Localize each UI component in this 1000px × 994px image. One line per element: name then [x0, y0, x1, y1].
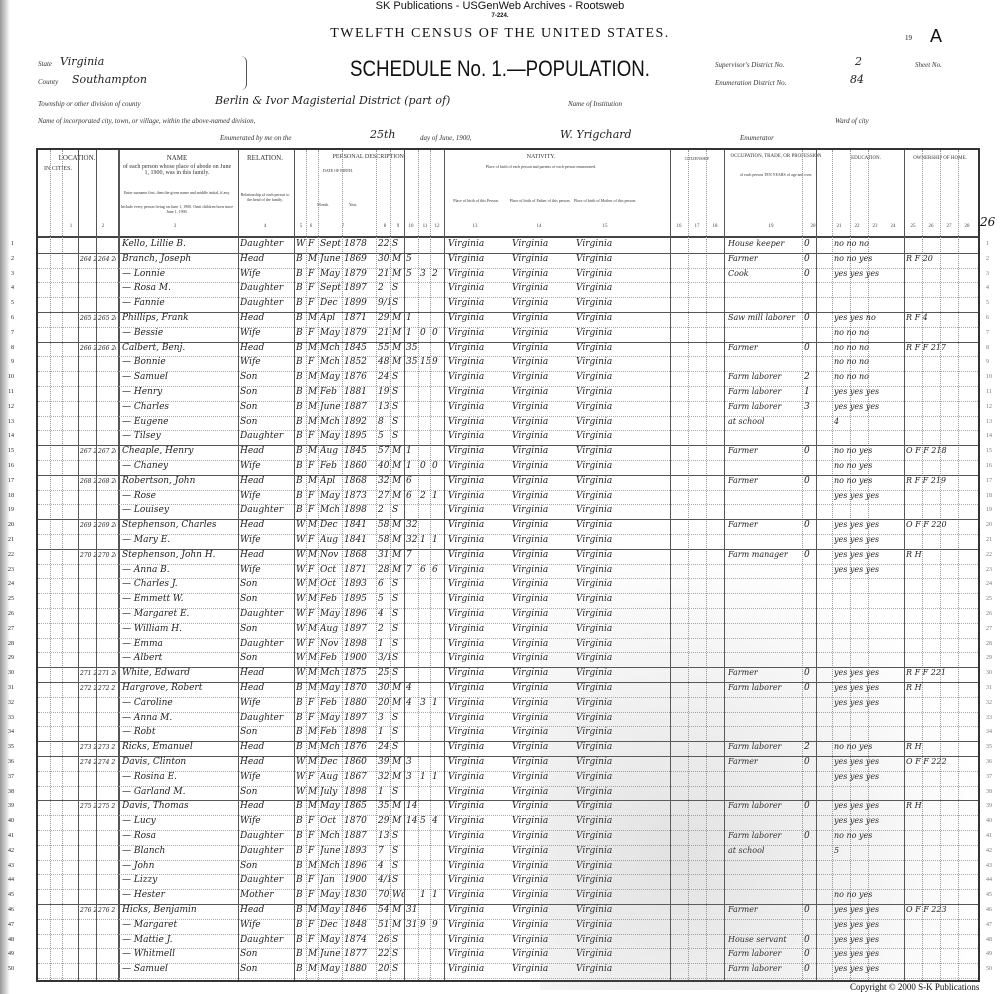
line-number: 40 — [4, 818, 14, 824]
line-number-right: 19 — [986, 507, 1000, 513]
mother-of-children: 6 — [420, 565, 430, 575]
person-name: — Tilsey — [122, 431, 238, 441]
birthplace-father: Virginia — [512, 920, 572, 930]
birth-year: 1892 — [344, 417, 376, 427]
years-married: 1 — [406, 446, 418, 456]
nativity-father-header: Place of birth of Father of this person. — [508, 198, 572, 203]
line-number: 37 — [4, 774, 14, 780]
birthplace-mother: Virginia — [576, 535, 636, 545]
person-name: — Henry — [122, 387, 238, 397]
birthplace-mother: Virginia — [576, 831, 636, 841]
nativity-mother-header: Place of birth of Mother of this person. — [572, 198, 638, 203]
person-name: — Garland M. — [122, 787, 238, 797]
table-row: 3434— RobtSonBMFeb18981SVirginiaVirginia… — [38, 726, 978, 742]
line-number-right: 42 — [986, 848, 1000, 854]
table-row: 1111— HenrySonBMFeb188119SVirginiaVirgin… — [38, 386, 978, 402]
line-number: 25 — [4, 596, 14, 602]
color-race: W — [296, 535, 306, 545]
birth-month: Oct — [320, 579, 342, 589]
person-name: — Charles J. — [122, 579, 238, 589]
birthplace-mother: Virginia — [576, 328, 636, 338]
table-row: 4545— HesterMotherBFMay183070Wd11Virgini… — [38, 889, 978, 905]
marital-status: S — [392, 505, 404, 515]
relation: Head — [240, 446, 294, 456]
birthplace-person: Virginia — [448, 846, 508, 856]
education: no no yes — [834, 831, 902, 840]
sex: F — [308, 491, 318, 501]
marital-status: S — [392, 639, 404, 649]
person-name: — Mattie J. — [122, 935, 238, 945]
line-number-right: 26 — [986, 611, 1000, 617]
birth-year: 1895 — [344, 431, 376, 441]
years-married: 32 — [406, 520, 418, 530]
name-note-2: Include every person living on June 1, 1… — [120, 204, 234, 214]
color-race: B — [296, 417, 306, 427]
marital-status: M — [392, 446, 404, 456]
marital-status: S — [392, 935, 404, 945]
mother-of-children: 1 — [420, 535, 430, 545]
sex: F — [308, 935, 318, 945]
dwelling-number: 268 266 — [80, 478, 96, 485]
birth-month: May — [320, 964, 342, 974]
family-number: 272 270 — [98, 685, 116, 692]
line-number-right: 2 — [986, 256, 1000, 262]
children-living: 9 — [432, 357, 444, 367]
birthplace-mother: Virginia — [576, 727, 636, 737]
date-of-birth-header: DATE OF BIRTH. — [308, 168, 368, 173]
birthplace-person: Virginia — [448, 727, 508, 737]
age: 2 — [378, 624, 390, 634]
birthplace-person: Virginia — [448, 491, 508, 501]
birthplace-father: Virginia — [512, 742, 572, 752]
person-name: Kello, Lillie B. — [122, 239, 238, 249]
line-number-right: 23 — [986, 567, 1000, 573]
birthplace-person: Virginia — [448, 387, 508, 397]
person-name: — Fannie — [122, 298, 238, 308]
sex: F — [308, 920, 318, 930]
line-number: 38 — [4, 789, 14, 795]
line-number: 30 — [4, 670, 14, 676]
line-number-right: 8 — [986, 345, 1000, 351]
marital-status: M — [392, 920, 404, 930]
color-race: B — [296, 698, 306, 708]
marital-status: M — [392, 476, 404, 486]
color-race: B — [296, 283, 306, 293]
line-number: 36 — [4, 759, 14, 765]
birth-month: Mch — [320, 505, 342, 515]
line-number: 7 — [4, 330, 14, 336]
color-race: W — [296, 609, 306, 619]
birth-year: 1880 — [344, 698, 376, 708]
birth-year: 1893 — [344, 846, 376, 856]
birthplace-mother: Virginia — [576, 313, 636, 323]
person-name: Stephenson, Charles — [122, 520, 238, 530]
relation-header: RELATION. — [238, 154, 292, 162]
marital-status: S — [392, 239, 404, 249]
table-row: 4444— LizzyDaughterBFJan19004/12SVirgini… — [38, 874, 978, 890]
line-number: 6 — [4, 315, 14, 321]
education: no no no — [834, 372, 902, 381]
birthplace-father: Virginia — [512, 653, 572, 663]
line-number-right: 47 — [986, 922, 1000, 928]
ed-value: 84 — [850, 73, 864, 86]
sex: F — [308, 846, 318, 856]
state-value: Virginia — [60, 55, 104, 68]
marital-status: M — [392, 313, 404, 323]
marital-status: S — [392, 787, 404, 797]
birthplace-father: Virginia — [512, 402, 572, 412]
line-number: 45 — [4, 892, 14, 898]
birth-month: May — [320, 491, 342, 501]
header-brace — [240, 56, 247, 90]
person-name: — Lizzy — [122, 875, 238, 885]
enumerated-day: 25th — [370, 128, 396, 141]
sheet-label: Sheet No. — [915, 61, 942, 69]
relation: Son — [240, 787, 294, 797]
home-ownership: R F 4 — [906, 313, 978, 322]
birth-month: May — [320, 683, 342, 693]
birthplace-person: Virginia — [448, 639, 508, 649]
birthplace-mother: Virginia — [576, 683, 636, 693]
mother-of-children: 5 — [420, 816, 430, 826]
color-race: B — [296, 801, 306, 811]
birth-month: July — [320, 787, 342, 797]
birth-year: 1893 — [344, 579, 376, 589]
col-num-28: 28 — [962, 224, 972, 229]
birthplace-father: Virginia — [512, 964, 572, 974]
relation: Mother — [240, 890, 294, 900]
color-race: W — [296, 639, 306, 649]
relation: Son — [240, 594, 294, 604]
marital-status: M — [392, 535, 404, 545]
marital-status: S — [392, 387, 404, 397]
months-unemployed: 0 — [804, 550, 816, 560]
line-number: 47 — [4, 922, 14, 928]
birth-month: May — [320, 890, 342, 900]
table-row: 4343— JohnSonBMMch18964SVirginiaVirginia… — [38, 860, 978, 876]
age: 22 — [378, 239, 390, 249]
birthplace-mother: Virginia — [576, 698, 636, 708]
person-name: — Samuel — [122, 372, 238, 382]
birthplace-mother: Virginia — [576, 875, 636, 885]
person-name: — Emma — [122, 639, 238, 649]
birth-year: 1845 — [344, 343, 376, 353]
line-number-right: 20 — [986, 522, 1000, 528]
occupation: at school — [728, 417, 802, 426]
relation: Head — [240, 550, 294, 560]
copyright: Copyright © 2000 S-K Publications — [850, 982, 979, 992]
color-race: W — [296, 579, 306, 589]
birthplace-father: Virginia — [512, 698, 572, 708]
sex: M — [308, 343, 318, 353]
table-row: 33— LonnieWifeBFMay187921M532VirginiaVir… — [38, 268, 978, 284]
color-race: B — [296, 298, 306, 308]
marital-status: S — [392, 402, 404, 412]
color-race: W — [296, 520, 306, 530]
name-note-1: Enter surname first, then the given name… — [120, 190, 234, 195]
occupation: Farm laborer — [728, 949, 802, 958]
months-unemployed: 2 — [804, 372, 816, 382]
line-number-right: 43 — [986, 863, 1000, 869]
sex: M — [308, 402, 318, 412]
birthplace-father: Virginia — [512, 831, 572, 841]
birth-year: 1887 — [344, 831, 376, 841]
family-number: 271 269 — [98, 670, 116, 677]
line-number: 2 — [4, 256, 14, 262]
table-row: 4747— MargaretWifeBFDec184851M3199Virgin… — [38, 919, 978, 935]
children-living: 1 — [432, 535, 444, 545]
age: 48 — [378, 357, 390, 367]
table-row: 11Kello, Lillie B.DaughterWFSept187822SV… — [38, 238, 978, 254]
person-name: Calbert, Benj. — [122, 343, 238, 353]
occupation: Farmer — [728, 476, 802, 485]
ward-label: Ward of city — [835, 117, 869, 125]
table-row: 55— FannieDaughterBFDec18999/12SVirginia… — [38, 297, 978, 313]
education: yes yes yes — [834, 801, 902, 810]
line-number-right: 21 — [986, 537, 1000, 543]
relation: Son — [240, 579, 294, 589]
birthplace-father: Virginia — [512, 949, 572, 959]
birthplace-father: Virginia — [512, 609, 572, 619]
marital-status: M — [392, 683, 404, 693]
birth-month: May — [320, 905, 342, 915]
age: 13 — [378, 402, 390, 412]
birth-month: Aug — [320, 535, 342, 545]
color-race: B — [296, 683, 306, 693]
age: 9/12 — [378, 298, 390, 308]
relation: Son — [240, 402, 294, 412]
table-row: 1010— SamuelSonBMMay187624SVirginiaVirgi… — [38, 371, 978, 387]
home-ownership: O F F 218 — [906, 446, 978, 455]
birthplace-person: Virginia — [448, 772, 508, 782]
line-number: 26 — [4, 611, 14, 617]
person-name: — Bonnie — [122, 357, 238, 367]
line-number: 14 — [4, 433, 14, 439]
birth-year: 1898 — [344, 505, 376, 515]
family-number: 264 262 — [98, 256, 116, 263]
table-row: 4040— LucyWifeBFOct187029M1454VirginiaVi… — [38, 815, 978, 831]
sex: M — [308, 801, 318, 811]
person-name: — Anna B. — [122, 565, 238, 575]
mother-of-children: 2 — [420, 491, 430, 501]
education: yes yes yes — [834, 550, 902, 559]
relation: Wife — [240, 357, 294, 367]
birthplace-mother: Virginia — [576, 801, 636, 811]
years-married: 3 — [406, 772, 418, 782]
birth-month: Feb — [320, 653, 342, 663]
person-name: — Margaret E. — [122, 609, 238, 619]
col-num-1: 1 — [64, 224, 78, 229]
table-row: 3535273 271273 271Ricks, EmanuelHeadBMMc… — [38, 741, 978, 757]
birth-year: 1899 — [344, 298, 376, 308]
person-name: — Bessie — [122, 328, 238, 338]
line-number-right: 39 — [986, 803, 1000, 809]
birth-year: 1871 — [344, 565, 376, 575]
sex: F — [308, 269, 318, 279]
col-num-2: 2 — [96, 224, 110, 229]
years-married: 14 — [406, 816, 418, 826]
relation: Daughter — [240, 609, 294, 619]
age: 1 — [378, 639, 390, 649]
relation: Wife — [240, 920, 294, 930]
birthplace-mother: Virginia — [576, 343, 636, 353]
relation: Daughter — [240, 713, 294, 723]
birth-year: 1830 — [344, 890, 376, 900]
table-row: 1616— ChaneyWifeBFFeb186040M100VirginiaV… — [38, 460, 978, 476]
line-number-right: 16 — [986, 463, 1000, 469]
person-name: — Eugene — [122, 417, 238, 427]
person-name: — Samuel — [122, 964, 238, 974]
birthplace-mother: Virginia — [576, 668, 636, 678]
years-married: 6 — [406, 491, 418, 501]
sex: F — [308, 328, 318, 338]
years-married: 14 — [406, 801, 418, 811]
age: 32 — [378, 772, 390, 782]
line-number: 8 — [4, 345, 14, 351]
table-row: 77— BessieWifeBFMay187921M100VirginiaVir… — [38, 327, 978, 343]
birthplace-father: Virginia — [512, 431, 572, 441]
birthplace-mother: Virginia — [576, 742, 636, 752]
birthplace-father: Virginia — [512, 461, 572, 471]
education: yes yes yes — [834, 698, 902, 707]
color-race: B — [296, 920, 306, 930]
color-race: B — [296, 431, 306, 441]
age: 54 — [378, 905, 390, 915]
color-race: B — [296, 816, 306, 826]
birthplace-person: Virginia — [448, 313, 508, 323]
person-name: — Robt — [122, 727, 238, 737]
birth-year: 1895 — [344, 594, 376, 604]
birthplace-mother: Virginia — [576, 757, 636, 767]
name-description: of each person whose place of abode on J… — [120, 164, 234, 176]
marital-status: M — [392, 254, 404, 264]
line-number-right: 9 — [986, 359, 1000, 365]
birthplace-mother: Virginia — [576, 949, 636, 959]
months-unemployed: 0 — [804, 239, 816, 249]
education: 5 — [834, 846, 902, 855]
table-row: 88266 264266 264Calbert, Benj.HeadBMMch1… — [38, 342, 978, 358]
enumerated-suffix: day of June, 1900, — [420, 134, 472, 142]
line-number: 20 — [4, 522, 14, 528]
relation: Daughter — [240, 239, 294, 249]
township-value: Berlin & Ivor Magisterial District (part… — [215, 94, 450, 107]
children-living: 1 — [432, 491, 444, 501]
birthplace-mother: Virginia — [576, 550, 636, 560]
age: 58 — [378, 520, 390, 530]
education: no no yes — [834, 461, 902, 470]
birthplace-mother: Virginia — [576, 772, 636, 782]
children-living: 1 — [432, 698, 444, 708]
marital-status: S — [392, 964, 404, 974]
birthplace-person: Virginia — [448, 505, 508, 515]
birthplace-person: Virginia — [448, 239, 508, 249]
line-number: 44 — [4, 877, 14, 883]
marital-status: S — [392, 668, 404, 678]
line-number: 46 — [4, 907, 14, 913]
person-name: — Charles — [122, 402, 238, 412]
dwelling-number: 273 271 — [80, 744, 96, 751]
years-married: 7 — [406, 565, 418, 575]
person-name: — Blanch — [122, 846, 238, 856]
sex: M — [308, 668, 318, 678]
birth-month: Dec — [320, 520, 342, 530]
person-name: — John — [122, 861, 238, 871]
relation: Head — [240, 343, 294, 353]
birth-month: Aug — [320, 772, 342, 782]
birthplace-person: Virginia — [448, 816, 508, 826]
person-name: Cheaple, Henry — [122, 446, 238, 456]
birthplace-father: Virginia — [512, 417, 572, 427]
table-row: 3131272 270272 270Hargrove, RobertHeadBM… — [38, 682, 978, 698]
marital-status: S — [392, 861, 404, 871]
sex: F — [308, 816, 318, 826]
months-unemployed: 0 — [804, 269, 816, 279]
years-married: 4 — [406, 698, 418, 708]
birthplace-father: Virginia — [512, 846, 572, 856]
col-num-27: 27 — [944, 224, 954, 229]
line-number-right: 46 — [986, 907, 1000, 913]
person-name: Davis, Clinton — [122, 757, 238, 767]
color-race: B — [296, 446, 306, 456]
birthplace-person: Virginia — [448, 402, 508, 412]
age: 20 — [378, 698, 390, 708]
relation: Head — [240, 801, 294, 811]
schedule-title: SCHEDULE No. 1.—POPULATION. — [75, 56, 925, 82]
relation: Wife — [240, 698, 294, 708]
line-number: 41 — [4, 833, 14, 839]
birthplace-person: Virginia — [448, 801, 508, 811]
birth-year: 1870 — [344, 816, 376, 826]
birthplace-father: Virginia — [512, 668, 572, 678]
person-name: — Rose — [122, 491, 238, 501]
education: yes yes yes — [834, 402, 902, 411]
age: 30 — [378, 254, 390, 264]
occupation: Cook — [728, 269, 802, 278]
color-race: B — [296, 875, 306, 885]
birthplace-father: Virginia — [512, 476, 572, 486]
birth-year: 1897 — [344, 624, 376, 634]
marital-status: S — [392, 713, 404, 723]
sex: M — [308, 594, 318, 604]
line-number: 48 — [4, 937, 14, 943]
birthplace-mother: Virginia — [576, 417, 636, 427]
children-living: 1 — [432, 772, 444, 782]
color-race: B — [296, 861, 306, 871]
birthplace-mother: Virginia — [576, 491, 636, 501]
home-ownership: R H — [906, 683, 978, 692]
person-name: Ricks, Emanuel — [122, 742, 238, 752]
marital-status: S — [392, 875, 404, 885]
birthplace-father: Virginia — [512, 713, 572, 723]
table-row: 2929— AlbertSonWMFeb19003/12SVirginiaVir… — [38, 652, 978, 668]
sex: M — [308, 683, 318, 693]
line-number-right: 30 — [986, 670, 1000, 676]
line-number-right: 45 — [986, 892, 1000, 898]
birthplace-mother: Virginia — [576, 446, 636, 456]
family-number: 274 272 — [98, 759, 116, 766]
birth-month: May — [320, 801, 342, 811]
birth-month: May — [320, 935, 342, 945]
person-name: White, Edward — [122, 668, 238, 678]
family-number: 276 274 — [98, 907, 116, 914]
birthplace-person: Virginia — [448, 683, 508, 693]
birthplace-mother: Virginia — [576, 520, 636, 530]
years-married: 5 — [406, 254, 418, 264]
sex: F — [308, 239, 318, 249]
birthplace-mother: Virginia — [576, 905, 636, 915]
relation: Daughter — [240, 846, 294, 856]
birthplace-father: Virginia — [512, 861, 572, 871]
